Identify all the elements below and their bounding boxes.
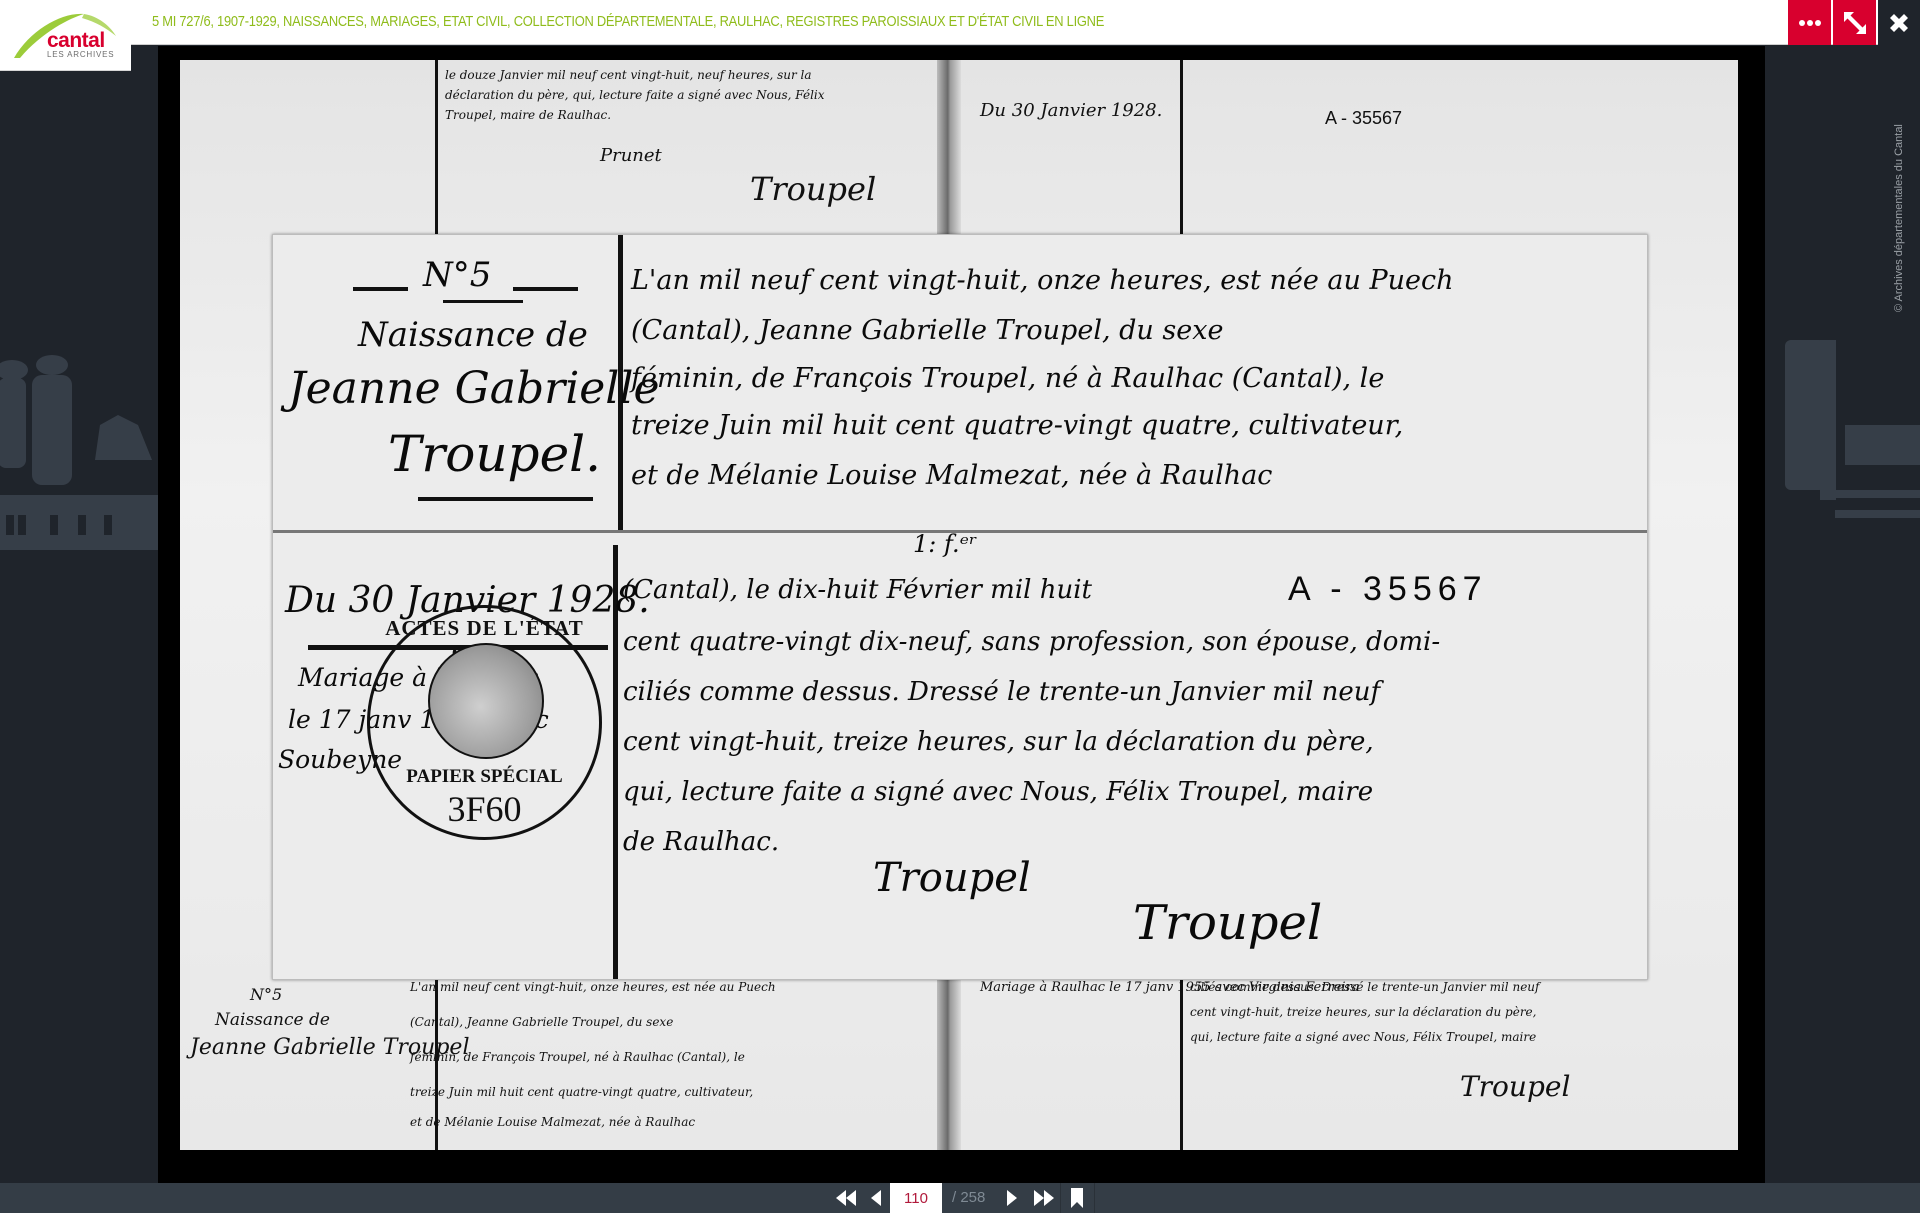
signature: Troupel (873, 855, 1031, 901)
continuation-text: ciliés comme dessus. Dressé le trente-un… (1190, 980, 1539, 994)
decorative-rule (443, 300, 523, 303)
left-page-text: Troupel, maire de Raulhac. (445, 108, 611, 122)
previous-page-button[interactable] (866, 1183, 886, 1213)
decorative-rule (418, 497, 593, 501)
close-button[interactable] (1878, 0, 1920, 45)
birth-text-line: treize Juin mil huit cent quatre-vingt q… (410, 1085, 753, 1099)
left-page-text: le douze Janvier mil neuf cent vingt-hui… (445, 68, 812, 82)
bookmark-button[interactable] (1066, 1183, 1088, 1213)
cantal-archives-logo[interactable]: cantal LES ARCHIVES (0, 0, 131, 70)
background-illustration (0, 320, 160, 550)
more-options-button[interactable] (1788, 0, 1831, 45)
birth-text-line: L'an mil neuf cent vingt-huit, onze heur… (631, 265, 1454, 296)
expand-arrows-icon (1842, 10, 1868, 36)
signature: Prunet (600, 145, 662, 166)
stamp-price: 3F60 (370, 788, 599, 830)
toolbar-divider (1060, 1183, 1061, 1213)
marianne-medallion-icon (428, 643, 544, 759)
stamp-bottom-text: PAPIER SPÉCIAL (370, 766, 599, 788)
margin-date: Du 30 Janvier 1928. (980, 100, 1162, 121)
continuation-text: cent vingt-huit, treize heures, sur la d… (623, 727, 1374, 757)
birth-text-line: féminin, de François Troupel, né à Raulh… (410, 1050, 745, 1064)
page-number-input[interactable] (890, 1183, 942, 1213)
close-x-icon (1887, 11, 1911, 35)
background-illustration (1765, 340, 1920, 560)
toolbar-divider (1094, 1183, 1095, 1213)
decorative-rule (513, 287, 578, 291)
signature: Troupel (1133, 895, 1322, 951)
continuation-text: ciliés comme dessus. Dressé le trente-un… (623, 677, 1380, 707)
registration-number: A - 35567 (1288, 570, 1488, 609)
continuation-text: cent quatre-vingt dix-neuf, sans profess… (623, 627, 1440, 657)
copyright-notice: © Archives départementales du Cantal (1893, 92, 1905, 312)
annotation: 1: f.ᵉʳ (913, 530, 977, 558)
more-dots-icon (1798, 19, 1822, 27)
first-page-button[interactable] (833, 1183, 859, 1213)
birth-text-line: féminin, de François Troupel, né à Raulh… (631, 363, 1384, 394)
logo-subtitle: LES ARCHIVES (47, 50, 114, 59)
decorative-rule (353, 287, 408, 291)
birth-text-line: et de Mélanie Louise Malmezat, née à Rau… (631, 460, 1272, 491)
previous-page-icon (870, 1189, 882, 1207)
entry-name: Jeanne Gabrielle (288, 363, 660, 414)
document-image-canvas[interactable]: le douze Janvier mil neuf cent vingt-hui… (158, 46, 1765, 1183)
signature: Troupel (1460, 1070, 1570, 1103)
continuation-text: qui, lecture faite a signé avec Nous, Fé… (1190, 1030, 1536, 1044)
registration-stamp: A - 35567 (1325, 108, 1402, 129)
fiscal-stamp: ACTES DE L'ÉTAT CIVIL PAPIER SPÉCIAL 3F6… (367, 605, 602, 840)
bookmark-icon (1071, 1188, 1083, 1208)
continuation-text: de Raulhac. (623, 827, 779, 857)
fullscreen-button[interactable] (1833, 0, 1876, 45)
left-page-text: déclaration du père, qui, lecture faite … (445, 88, 825, 102)
signature: Troupel (750, 170, 876, 208)
continuation-text: cent vingt-huit, treize heures, sur la d… (1190, 1005, 1536, 1019)
last-page-button[interactable] (1031, 1183, 1057, 1213)
continuation-text: (Cantal), le dix-huit Février mil huit (623, 575, 1092, 605)
document-title: 5 MI 727/6, 1907-1929, NAISSANCES, MARIA… (152, 13, 1104, 30)
page-total: / 258 (952, 1189, 985, 1206)
entry-heading: Naissance de (215, 1010, 330, 1030)
entry-heading: Naissance de (358, 315, 588, 355)
entry-number: N°5 (250, 985, 282, 1004)
birth-text-line: L'an mil neuf cent vingt-huit, onze heur… (410, 980, 776, 994)
magnifier-lens[interactable]: N°5 Naissance de Jeanne Gabrielle Troupe… (272, 234, 1648, 980)
next-page-button[interactable] (1002, 1183, 1022, 1213)
first-page-icon (835, 1189, 857, 1207)
birth-text-line: (Cantal), Jeanne Gabrielle Troupel, du s… (631, 315, 1223, 346)
birth-text-line: treize Juin mil huit cent quatre-vingt q… (631, 410, 1403, 441)
archive-image-viewer: 5 MI 727/6, 1907-1929, NAISSANCES, MARIA… (0, 0, 1920, 1213)
birth-text-line: et de Mélanie Louise Malmezat, née à Rau… (410, 1115, 695, 1129)
entry-surname: Troupel. (388, 425, 601, 483)
birth-text-line: (Cantal), Jeanne Gabrielle Troupel, du s… (410, 1015, 673, 1029)
entry-number: N°5 (423, 255, 491, 295)
next-page-icon (1006, 1189, 1018, 1207)
continuation-text: qui, lecture faite a signé avec Nous, Fé… (623, 777, 1373, 807)
header-bar: 5 MI 727/6, 1907-1929, NAISSANCES, MARIA… (0, 0, 1920, 45)
pagination-bar: / 258 (0, 1183, 1920, 1213)
last-page-icon (1033, 1189, 1055, 1207)
